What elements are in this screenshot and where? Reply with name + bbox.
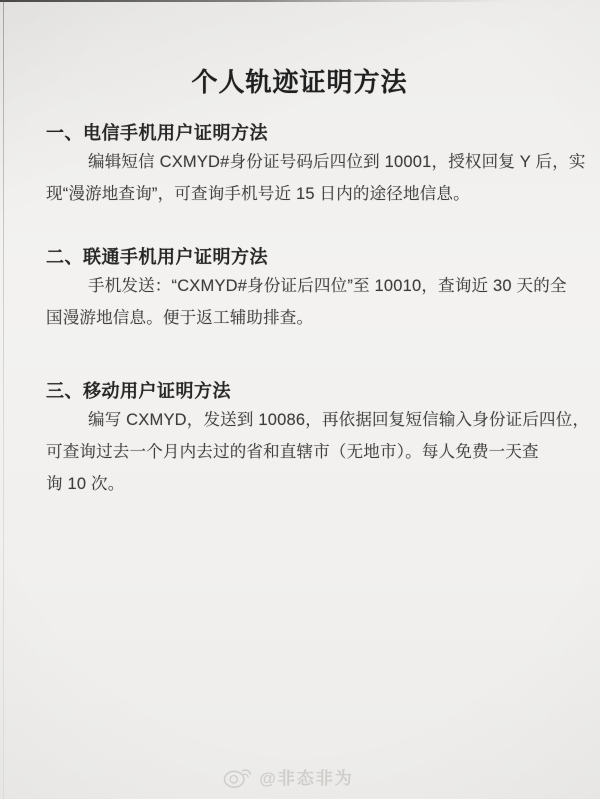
section-mobile-heading: 三、移动用户证明方法: [46, 378, 553, 404]
section-unicom-heading: 二、联通手机用户证明方法: [46, 244, 553, 270]
document-page: 个人轨迹证明方法 一、电信手机用户证明方法 编辑短信 CXMYD#身份证号码后四…: [46, 62, 553, 500]
section-mobile-line-2: 可查询过去一个月内去过的省和直辖市（无地市）。每人免费一天查: [46, 436, 553, 468]
section-telecom-line-2: 现“漫游地查询”，可查询手机号近 15 日内的途径地信息。: [46, 178, 553, 210]
section-mobile-line-1: 编写 CXMYD，发送到 10086，再依据回复短信输入身份证后四位，: [46, 404, 553, 436]
section-telecom-heading: 一、电信手机用户证明方法: [46, 120, 553, 146]
section-telecom: 一、电信手机用户证明方法 编辑短信 CXMYD#身份证号码后四位到 10001，…: [46, 120, 553, 210]
section-telecom-line-1: 编辑短信 CXMYD#身份证号码后四位到 10001，授权回复 Y 后，实: [46, 146, 553, 178]
section-unicom-line-1: 手机发送：“CXMYD#身份证后四位”至 10010，查询近 30 天的全: [46, 270, 553, 302]
watermark-text: @非态非为: [259, 764, 354, 789]
photo-top-edge-artifact: [0, 0, 600, 2]
weibo-logo-icon: [222, 763, 252, 789]
section-unicom-line-2: 国漫游地信息。便于返工辅助排查。: [46, 302, 553, 334]
document-title: 个人轨迹证明方法: [46, 62, 553, 102]
section-mobile: 三、移动用户证明方法 编写 CXMYD，发送到 10086，再依据回复短信输入身…: [46, 378, 553, 500]
section-mobile-line-3: 询 10 次。: [46, 468, 553, 500]
document-photo: 个人轨迹证明方法 一、电信手机用户证明方法 编辑短信 CXMYD#身份证号码后四…: [0, 0, 600, 799]
weibo-watermark: @非态非为: [0, 763, 588, 789]
section-unicom: 二、联通手机用户证明方法 手机发送：“CXMYD#身份证后四位”至 10010，…: [46, 244, 553, 334]
photo-left-edge-artifact: [3, 0, 4, 799]
